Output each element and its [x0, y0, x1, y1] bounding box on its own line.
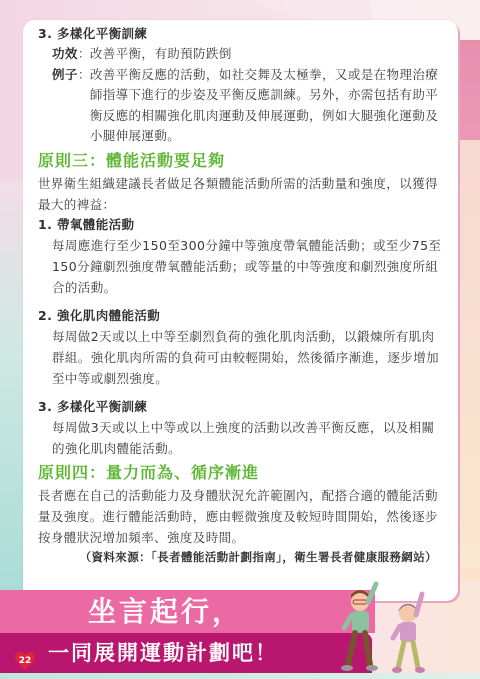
principle4-text: 長者應在自己的活動能力及身體狀況允許範圍內，配搭合適的體能活動量及強度。進行體能…: [38, 485, 443, 548]
svg-text:22: 22: [19, 656, 32, 666]
source-citation: （資料來源：「長者體能活動計劃指南」，衛生署長者健康服務網站）: [38, 548, 437, 566]
effect-text: 改善平衡，有助預防跌倒: [90, 44, 443, 65]
item-title: 3. 多樣化平衡訓練: [38, 397, 443, 417]
colon: ：: [78, 44, 90, 65]
elderly-couple-exercising-illustration: [330, 580, 440, 675]
principle3-intro: 世界衛生組織建議長者做足各類體能活動所需的活動量和強度，以獲得最大的裨益：: [38, 173, 443, 215]
example-label: 例子: [52, 65, 78, 147]
item-text: 每周做3天或以上中等或以上強度的活動以改善平衡反應，以及相關的強化肌肉體能活動。: [52, 417, 443, 459]
effect-label: 功效: [52, 44, 78, 65]
principle3-heading: 原則三：體能活動要足夠: [38, 149, 443, 173]
banner-line1: 坐言起行，: [88, 592, 243, 632]
effect-row: 功效 ： 改善平衡，有助預防跌倒: [52, 44, 443, 65]
item-title: 1. 帶氧體能活動: [38, 215, 443, 235]
bottom-strip: [0, 673, 480, 679]
principle4-heading: 原則四：量力而為、循序漸進: [38, 461, 443, 485]
example-row: 例子 ： 改善平衡反應的活動，如社交舞及太極拳，又或是在物理治療師指導下進行的步…: [52, 65, 443, 147]
item-title: 2. 強化肌肉體能活動: [38, 306, 443, 326]
document-content: 3. 多樣化平衡訓練 功效 ： 改善平衡，有助預防跌倒 例子 ： 改善平衡反應的…: [38, 24, 443, 566]
example-text: 改善平衡反應的活動，如社交舞及太極拳，又或是在物理治療師指導下進行的步姿及平衡反…: [90, 65, 443, 147]
banner-line2: 一同展開運動計劃吧！: [48, 635, 278, 671]
colon: ：: [78, 65, 90, 147]
page-number-badge: 22: [14, 651, 36, 671]
item-text: 每周應進行至少150至300分鐘中等強度帶氧體能活動；或至少75至150分鐘劇烈…: [52, 235, 443, 298]
heart-icon: 22: [14, 651, 36, 671]
item-title: 3. 多樣化平衡訓練: [38, 24, 443, 44]
item-text: 每周做2天或以上中等至劇烈負荷的強化肌肉活動，以鍛煉所有肌肉群組。強化肌肉所需的…: [52, 326, 443, 389]
